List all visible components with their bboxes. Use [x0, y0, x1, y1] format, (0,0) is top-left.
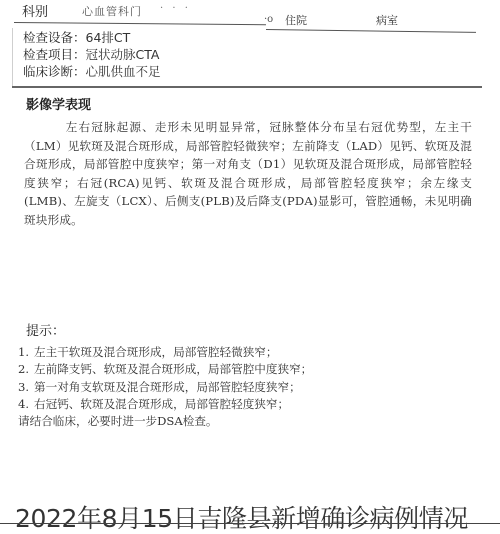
image-caption: 2022年8月15日吉隆县新增确诊病例情况	[0, 503, 500, 534]
hint-number: 3.	[18, 379, 34, 396]
hint-text: 右冠钙、软斑及混合斑形成，局部管腔轻度狭窄；	[34, 397, 289, 411]
exam-info-box: 检查设备：64排CT 检查项目：冠状动脉CTA 临床诊断：心肌供血不足	[12, 28, 485, 86]
hint-number: 2.	[18, 361, 34, 378]
inpatient-label: 住院	[285, 12, 307, 28]
department-label: 科别	[22, 1, 48, 20]
caption-strike-line	[0, 523, 500, 524]
clinical-diagnosis-row: 临床诊断：心肌供血不足	[23, 64, 161, 80]
exam-equipment-label: 检查设备：	[23, 30, 86, 45]
info-box-divider	[12, 86, 482, 88]
report-header: 科别 心血管科门 · · · ·o 住院 病室	[0, 0, 500, 24]
hint-number: 1.	[18, 344, 34, 361]
findings-body: 左右冠脉起源、走形未见明显异常，冠脉整体分布呈右冠优势型，左主干（LM）见软斑及…	[24, 118, 472, 230]
hint-text: 左前降支钙、软斑及混合斑形成，局部管腔中度狭窄；	[34, 362, 312, 376]
department-value: 心血管科门	[82, 3, 142, 19]
exam-equipment-value: 64排CT	[86, 30, 131, 45]
hint-item: 2.左前降支钙、软斑及混合斑形成，局部管腔中度狭窄；	[18, 361, 478, 378]
hint-text: 左主干软斑及混合斑形成，局部管腔轻微狭窄；	[34, 345, 277, 359]
hint-item: 4.右冠钙、软斑及混合斑形成，局部管腔轻度狭窄；	[18, 396, 478, 413]
clinical-diagnosis-label: 临床诊断：	[23, 64, 86, 79]
department-value-tail: · · ·	[160, 3, 191, 14]
hints-list: 1.左主干软斑及混合斑形成，局部管腔轻微狭窄； 2.左前降支钙、软斑及混合斑形成…	[18, 344, 478, 430]
ward-label: 病室	[376, 12, 398, 28]
clinical-diagnosis-value: 心肌供血不足	[86, 64, 161, 79]
hint-closing: 请结合临床，必要时进一步DSA检查。	[18, 413, 478, 430]
findings-title: 影像学表现	[26, 94, 91, 113]
hint-item: 3.第一对角支软斑及混合斑形成，局部管腔轻度狭窄；	[18, 379, 478, 396]
exam-equipment-row: 检查设备：64排CT	[23, 30, 130, 46]
exam-item-value: 冠状动脉CTA	[86, 47, 160, 62]
exam-item-label: 检查项目：	[23, 47, 86, 62]
hint-number: 4.	[18, 396, 34, 413]
hint-item: 1.左主干软斑及混合斑形成，局部管腔轻微狭窄；	[18, 344, 478, 361]
exam-item-row: 检查项目：冠状动脉CTA	[23, 47, 159, 63]
hints-title: 提示：	[26, 320, 65, 339]
header-divider-left	[14, 22, 266, 25]
hint-text: 第一对角支软斑及混合斑形成，局部管腔轻度狭窄；	[34, 380, 301, 394]
